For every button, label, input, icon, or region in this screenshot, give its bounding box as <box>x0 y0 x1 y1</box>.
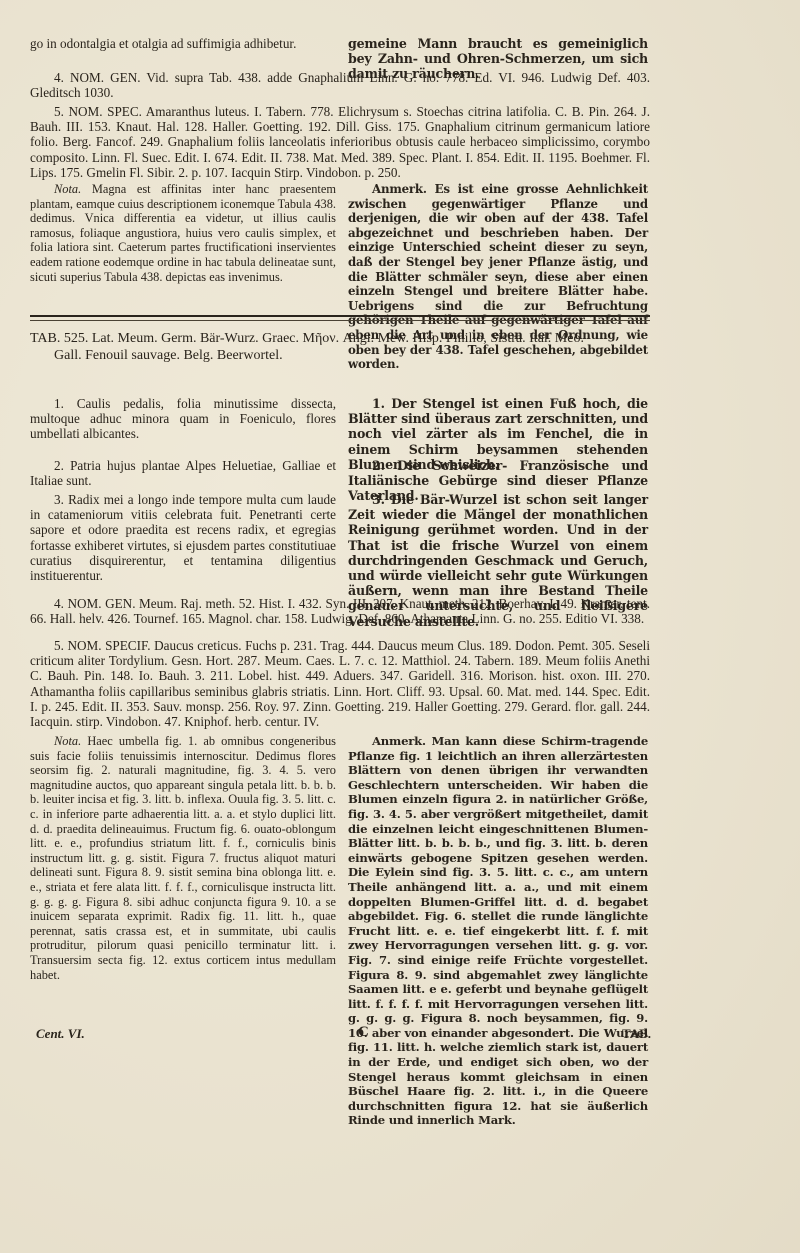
anmerk-label: Anmerk. <box>372 182 427 196</box>
tab-header-line-1: TAB. 525. Lat. Meum. Germ. Bär-Wurz. Gra… <box>30 330 650 347</box>
section-4-nom-gen: 4. NOM. GEN. Meum. Raj. meth. 52. Hist. … <box>30 596 650 626</box>
anmerk-text: Man kann diese Schirm-tragende Pflanze f… <box>348 734 648 1127</box>
anmerk-label: Anmerk. <box>372 734 426 748</box>
latin-continuation: go in odontalgia et otalgia ad suffimigi… <box>30 36 336 51</box>
document-page: go in odontalgia et otalgia ad suffimigi… <box>0 0 800 1253</box>
signature-mark: C <box>358 1024 369 1041</box>
nota-text: Magna est affinitas inter hanc praesente… <box>30 182 336 284</box>
signature-left: Cent. VI. <box>36 1026 85 1042</box>
section-4-previous: 4. NOM. GEN. Vid. supra Tab. 438. adde G… <box>30 70 650 100</box>
tab-header-line-2: Gall. Fenouil sauvage. Belg. Beerwortel. <box>30 347 650 364</box>
nota-label: Nota. <box>54 182 81 196</box>
nota-latin: Nota. Haec umbella fig. 1. ab omnibus co… <box>30 734 336 982</box>
nota-previous-latin: Nota. Magna est affinitas inter hanc pra… <box>30 182 336 284</box>
nota-text: Haec umbella fig. 1. ab omnibus congener… <box>30 734 336 982</box>
paragraph-1-latin: 1. Caulis pedalis, folia minutissime dis… <box>30 396 336 442</box>
catchword: TAB. <box>622 1026 651 1042</box>
paragraph-2-latin: 2. Patria hujus plantae Alpes Heluetiae,… <box>30 458 336 488</box>
section-divider <box>30 315 650 321</box>
paragraph-3-latin: 3. Radix mei a longo inde tempore multa … <box>30 492 336 583</box>
nota-label: Nota. <box>54 734 81 748</box>
section-5-nom-specif: 5. NOM. SPECIF. Daucus creticus. Fuchs p… <box>30 638 650 729</box>
anmerk-german: Anmerk. Man kann diese Schirm-tragende P… <box>348 734 648 1128</box>
section-5-previous: 5. NOM. SPEC. Amaranthus luteus. I. Tabe… <box>30 104 650 180</box>
tab-header: TAB. 525. Lat. Meum. Germ. Bär-Wurz. Gra… <box>30 330 650 364</box>
